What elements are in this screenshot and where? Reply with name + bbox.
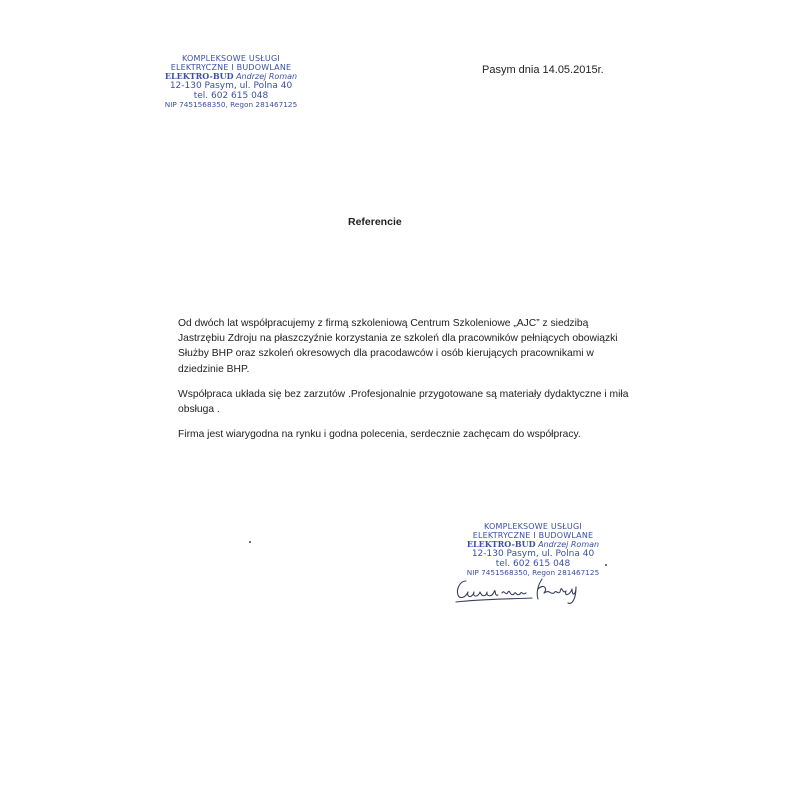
company-stamp-header: KOMPLEKSOWE USŁUGI ELEKTRYCZNE I BUDOWLA…: [146, 55, 316, 109]
stamp-ids: NIP 7451568350, Regon 281467125: [146, 101, 316, 109]
stamp-owner: Andrzej Roman: [538, 540, 599, 549]
date-line: Pasym dnia 14.05.2015r.: [482, 64, 604, 76]
letter-body: Od dwóch lat współpracujemy z firmą szko…: [178, 316, 638, 452]
paragraph-2: Współpraca układa się bez zarzutów .Prof…: [178, 387, 638, 417]
paragraph-3: Firma jest wiarygodna na rynku i godna p…: [178, 427, 638, 442]
stamp-company-name: ELEKTRO-BUD: [165, 71, 234, 81]
scan-speck: [249, 541, 251, 543]
company-stamp-footer: KOMPLEKSOWE USŁUGI ELEKTRYCZNE I BUDOWLA…: [448, 523, 618, 577]
stamp-company-name: ELEKTRO-BUD: [467, 539, 536, 549]
paragraph-1: Od dwóch lat współpracujemy z firmą szko…: [178, 316, 638, 377]
document-title: Referencie: [348, 216, 402, 228]
stamp-owner: Andrzej Roman: [236, 72, 297, 81]
signature-icon: [452, 575, 602, 605]
